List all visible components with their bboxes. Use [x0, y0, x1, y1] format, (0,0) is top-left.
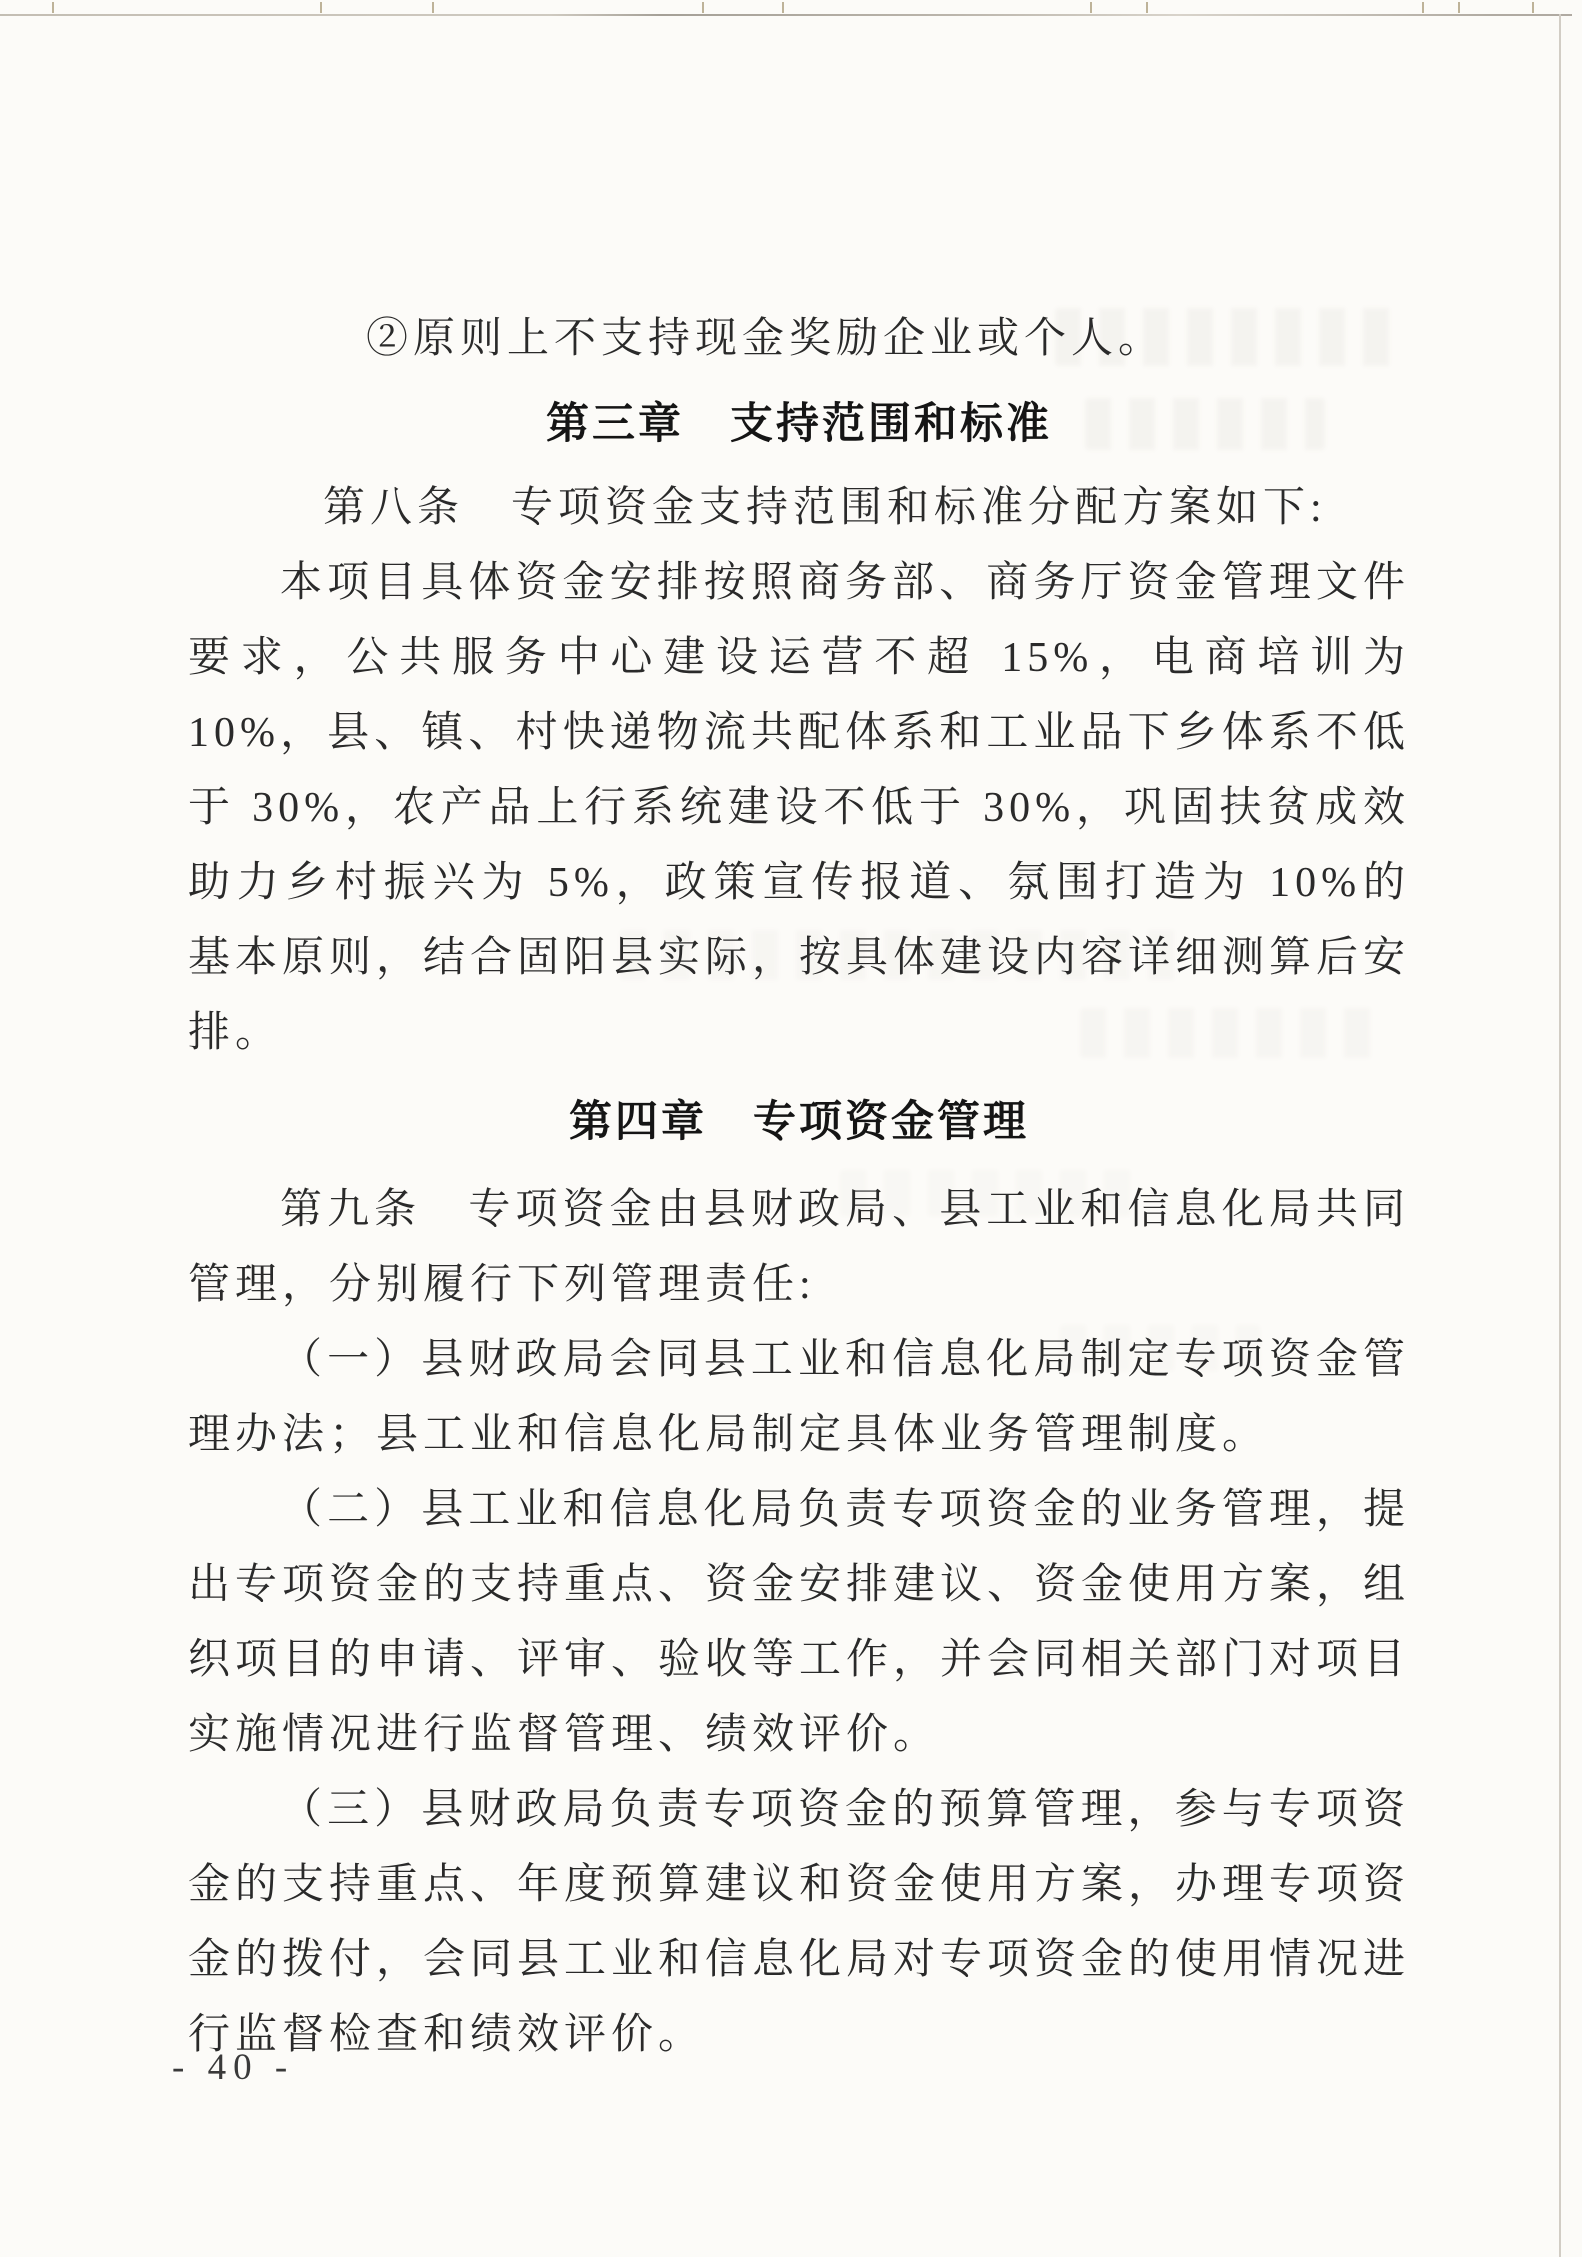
sub-item-paragraph: ②原则上不支持现金奖励企业或个人。 — [188, 302, 1410, 377]
scan-tick-mark — [320, 2, 322, 13]
scan-tick-mark — [1146, 2, 1148, 13]
scan-tick-mark — [1422, 2, 1424, 13]
scan-tick-mark — [432, 2, 434, 13]
scan-tick-mark — [1532, 2, 1534, 13]
scan-tick-mark — [1090, 2, 1092, 13]
item-1-paragraph: （一）县财政局会同县工业和信息化局制定专项资金管理办法；县工业和信息化局制定具体… — [188, 1323, 1410, 1473]
document-page-body: ②原则上不支持现金奖励企业或个人。 第三章 支持范围和标准 第八条 专项资金支持… — [188, 302, 1410, 2073]
page-number: - 40 - — [172, 2046, 294, 2089]
scan-tick-mark — [1458, 2, 1460, 13]
scan-right-edge-line — [1559, 14, 1561, 2257]
chapter-4-heading: 第四章 专项资金管理 — [188, 1081, 1410, 1163]
chapter-3-heading: 第三章 支持范围和标准 — [188, 383, 1410, 465]
scan-tick-mark — [702, 2, 704, 13]
article-9-paragraph: 第九条 专项资金由县财政局、县工业和信息化局共同管理，分别履行下列管理责任: — [188, 1173, 1410, 1323]
scan-top-edge-line — [0, 14, 1572, 16]
article-8-paragraph: 第八条 专项资金支持范围和标准分配方案如下: — [188, 471, 1410, 546]
item-2-paragraph: （二）县工业和信息化局负责专项资金的业务管理，提出专项资金的支持重点、资金安排建… — [188, 1473, 1410, 1773]
item-3-paragraph: （三）县财政局负责专项资金的预算管理，参与专项资金的支持重点、年度预算建议和资金… — [188, 1773, 1410, 2073]
scan-tick-mark — [52, 2, 54, 13]
article-8-body-paragraph: 本项目具体资金安排按照商务部、商务厅资金管理文件要求，公共服务中心建设运营不超 … — [188, 546, 1410, 1071]
scan-tick-mark — [782, 2, 784, 13]
